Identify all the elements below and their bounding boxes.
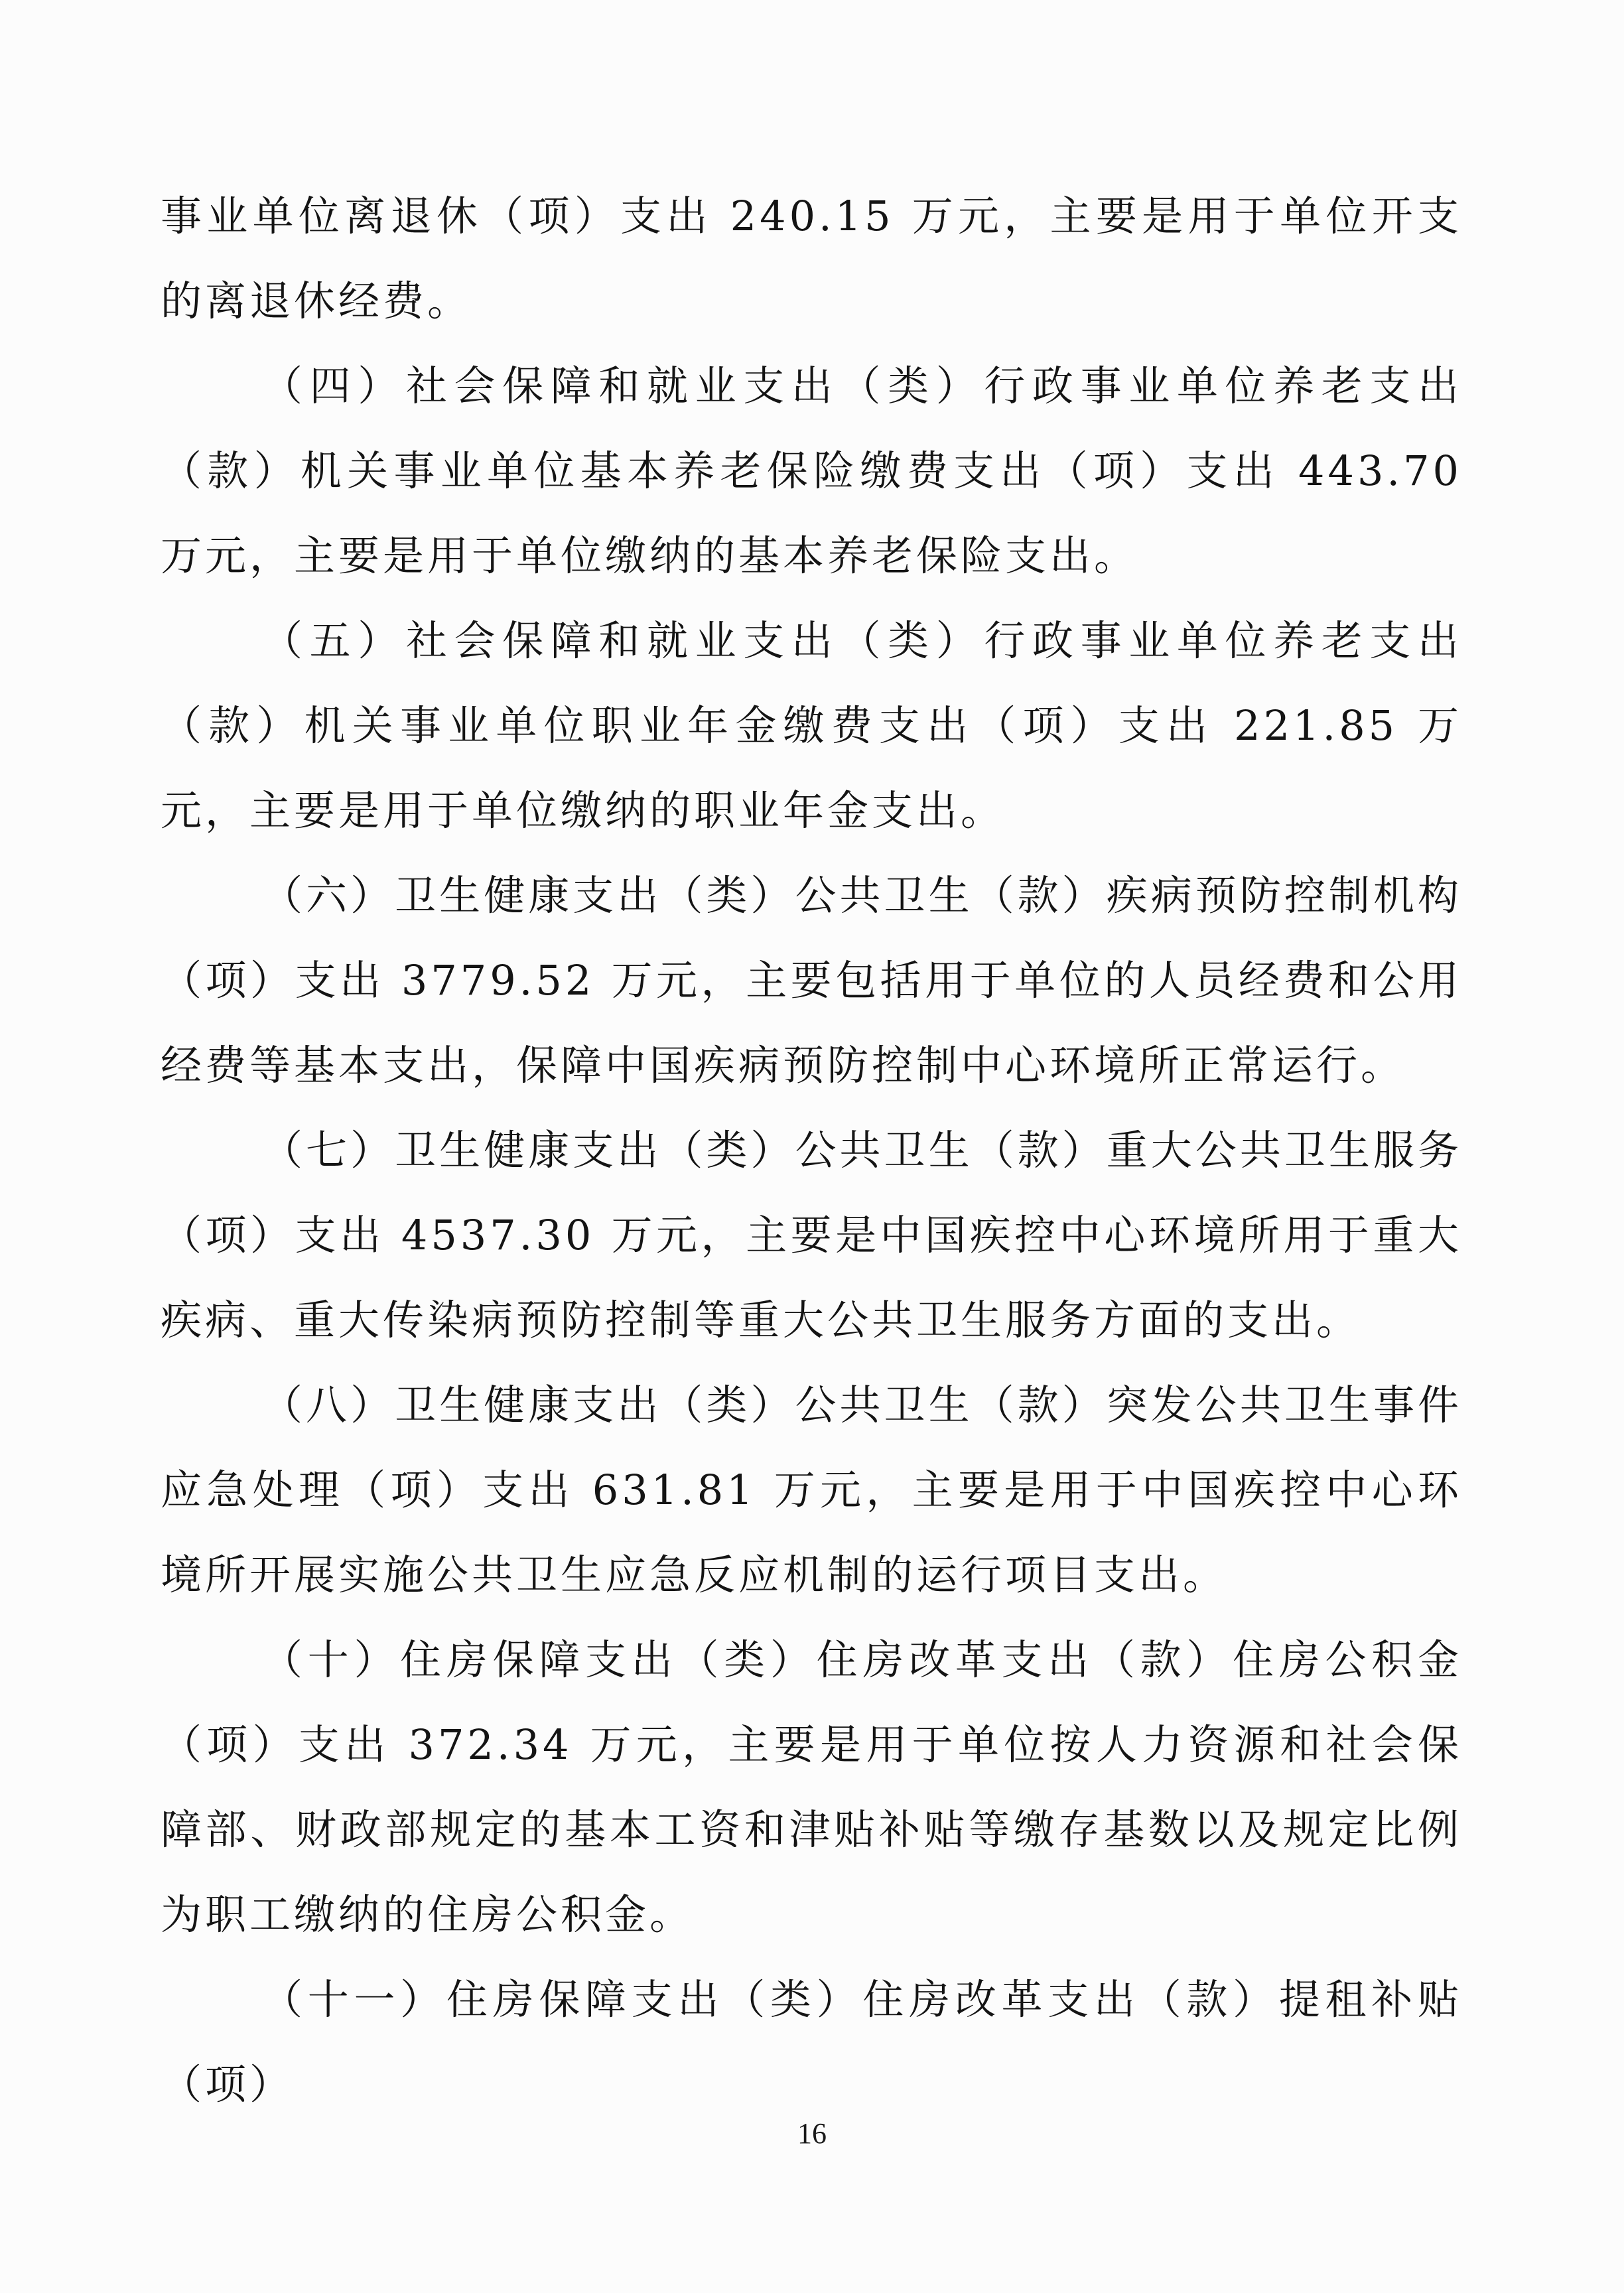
- paragraph-item-11-rent-subsidy: （十一）住房保障支出（类）住房改革支出（款）提租补贴（项）: [161, 1957, 1462, 2127]
- paragraph-item-4-basic-pension: （四）社会保障和就业支出（类）行政事业单位养老支出（款）机关事业单位基本养老保险…: [161, 344, 1462, 598]
- paragraph-item-10-housing-fund: （十）住房保障支出（类）住房改革支出（款）住房公积金（项）支出 372.34 万…: [161, 1618, 1462, 1957]
- body-text: 事业单位离退休（项）支出 240.15 万元，主要是用于单位开支的离退休经费。 …: [161, 174, 1462, 2127]
- document-page: 事业单位离退休（项）支出 240.15 万元，主要是用于单位开支的离退休经费。 …: [0, 0, 1624, 2293]
- paragraph-item-8-emergency-response: （八）卫生健康支出（类）公共卫生（款）突发公共卫生事件应急处理（项）支出 631…: [161, 1363, 1462, 1618]
- page-number: 16: [0, 2117, 1624, 2150]
- paragraph-item-7-major-public-health: （七）卫生健康支出（类）公共卫生（款）重大公共卫生服务（项）支出 4537.30…: [161, 1108, 1462, 1363]
- paragraph-item-6-disease-control: （六）卫生健康支出（类）公共卫生（款）疾病预防控制机构（项）支出 3779.52…: [161, 853, 1462, 1108]
- paragraph-item-5-occupational-annuity: （五）社会保障和就业支出（类）行政事业单位养老支出（款）机关事业单位职业年金缴费…: [161, 598, 1462, 853]
- paragraph-retirement-continuation: 事业单位离退休（项）支出 240.15 万元，主要是用于单位开支的离退休经费。: [161, 174, 1462, 344]
